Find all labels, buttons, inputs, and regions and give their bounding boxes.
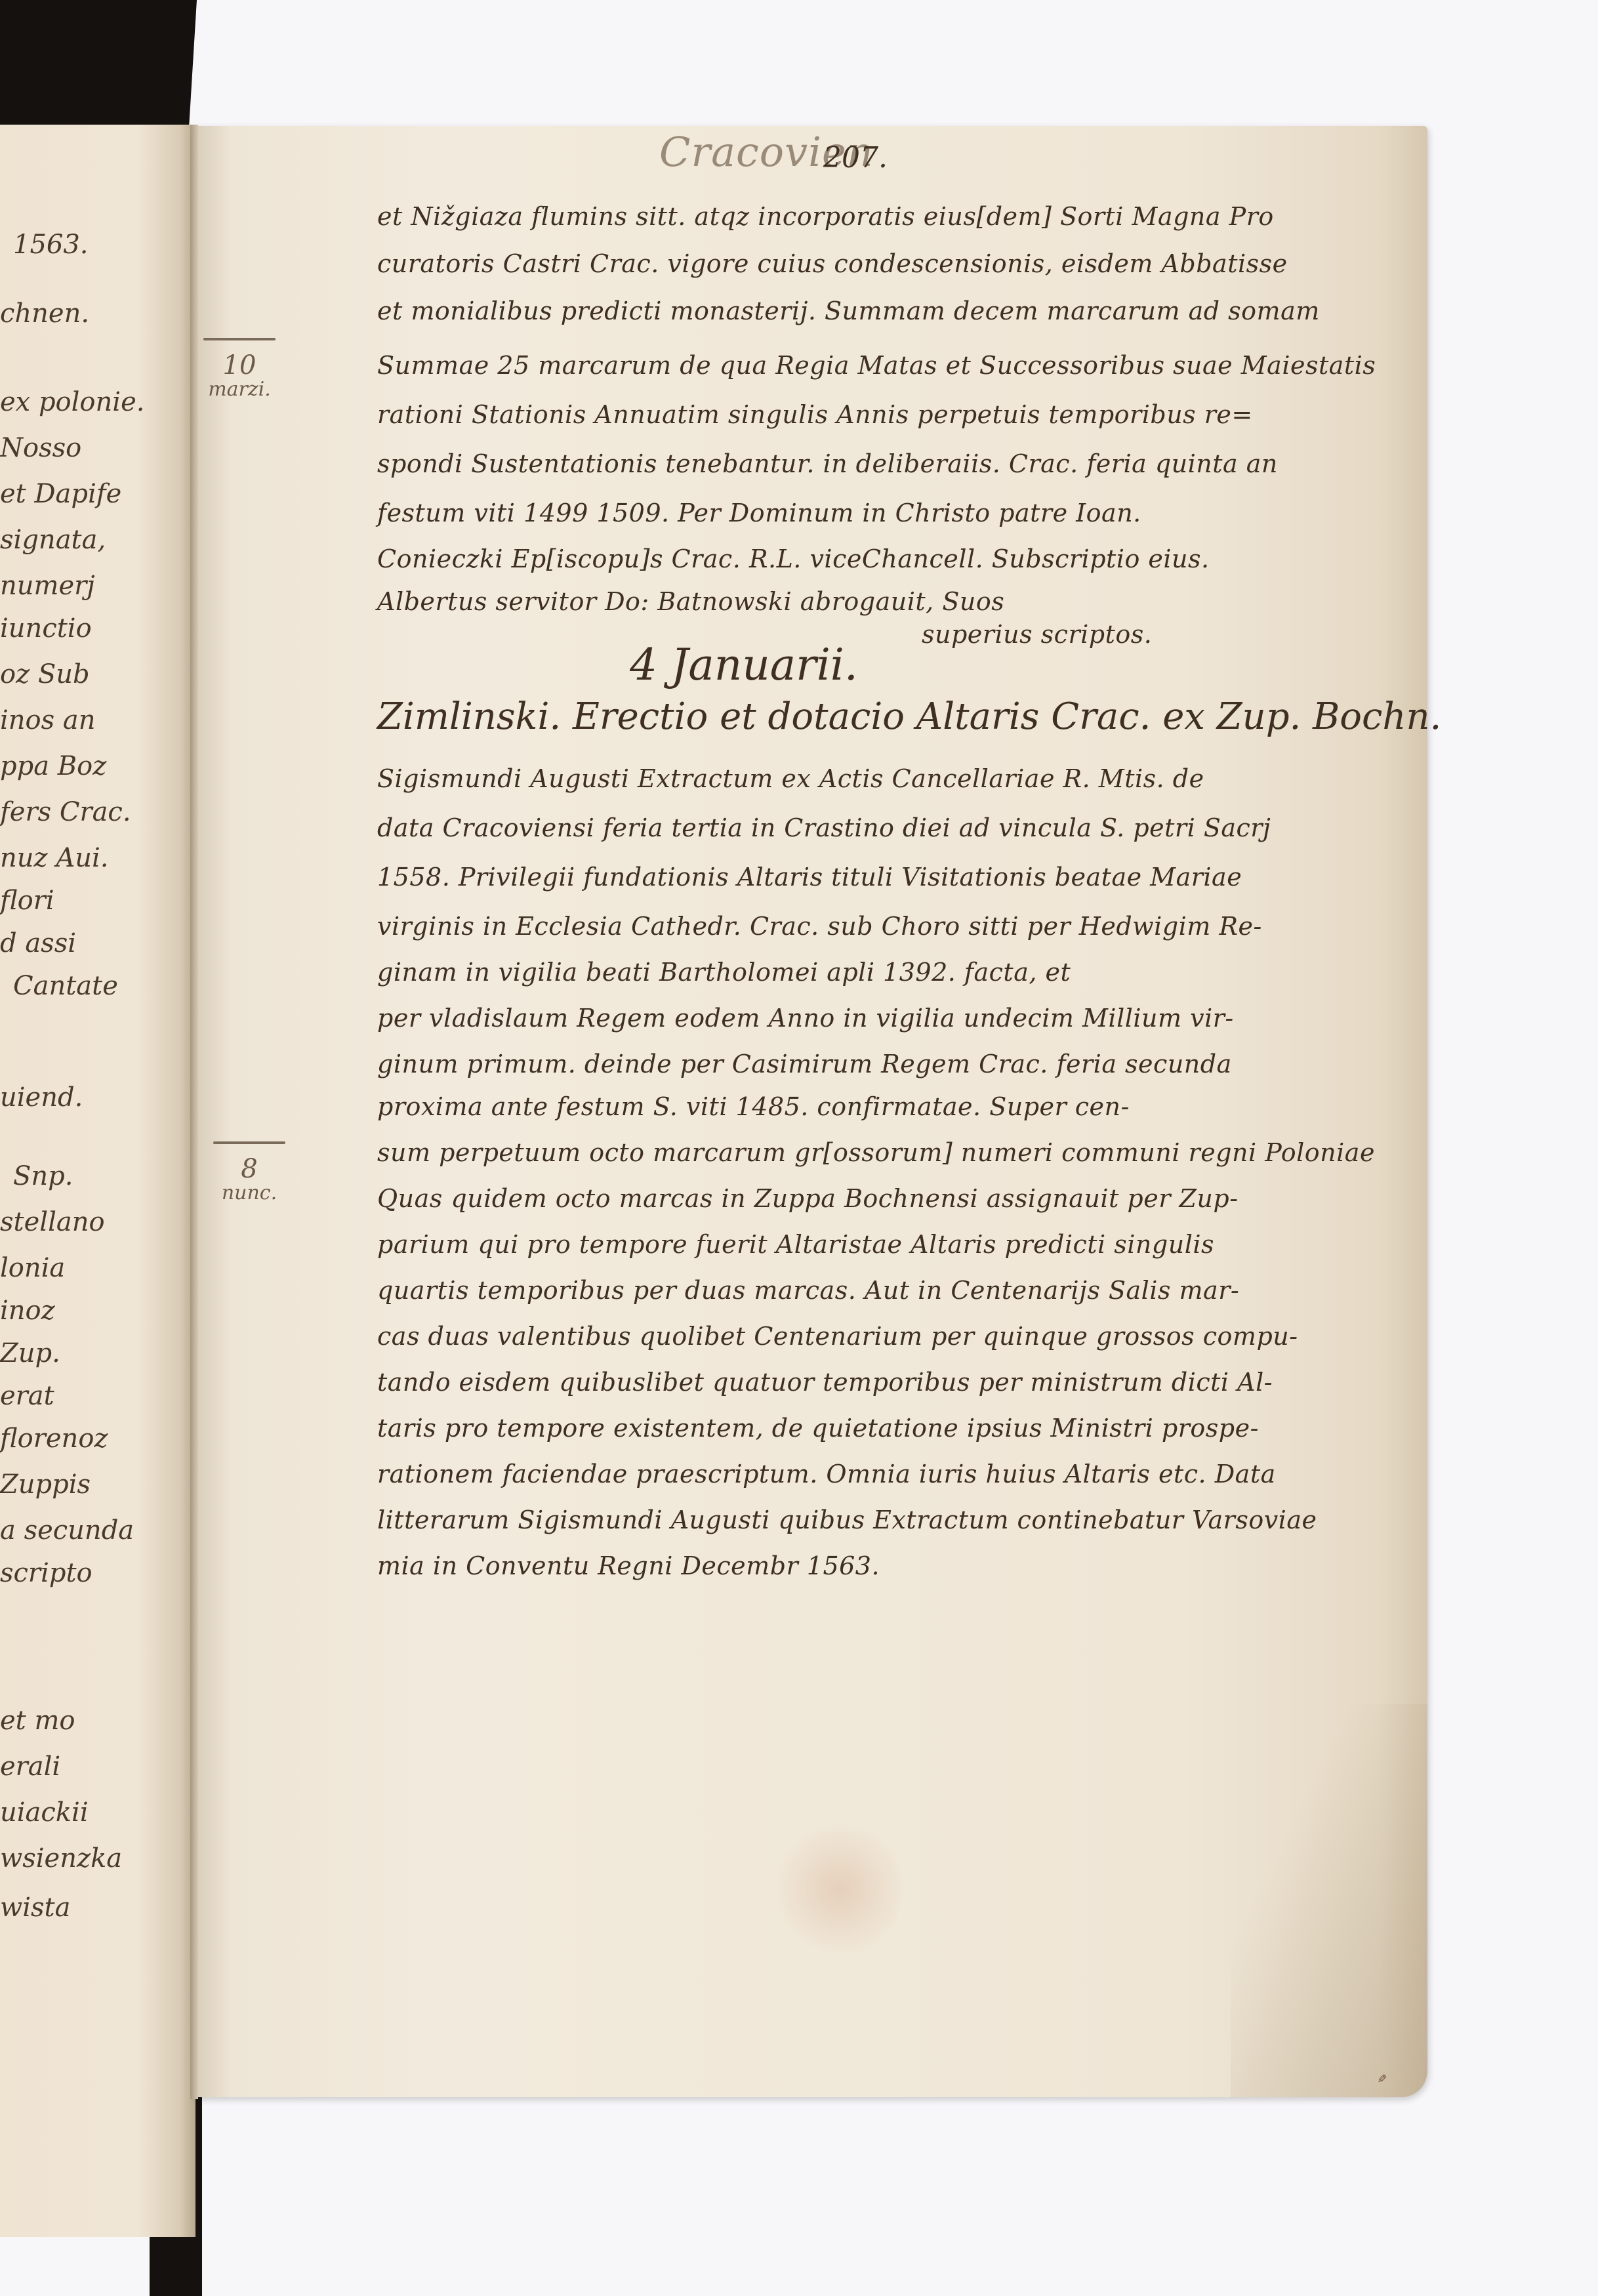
book-gutter <box>190 125 198 2099</box>
left-page-line: ex polonie. <box>0 387 144 417</box>
left-page-line: inoz <box>0 1296 55 1326</box>
corner-pencil-mark: ✎ <box>1374 2074 1388 2083</box>
text-line: cas duas valentibus quolibet Centenarium… <box>377 1322 1298 1351</box>
text-line: et monialibus predicti monasterij. Summa… <box>377 297 1320 325</box>
text-line: spondi Sustentationis tenebantur. in del… <box>377 449 1278 478</box>
margin-note-number: 8 <box>213 1156 285 1182</box>
margin-note-word: nunc. <box>213 1182 285 1204</box>
left-page-line: et mo <box>0 1706 75 1736</box>
text-line: tando eisdem quibuslibet quatuor tempori… <box>377 1368 1273 1397</box>
text-line: parium qui pro tempore fuerit Altaristae… <box>377 1230 1214 1259</box>
left-page-line: flori <box>0 886 54 916</box>
left-page-line: scripto <box>0 1558 92 1588</box>
left-page-line: erat <box>0 1381 54 1411</box>
binding-strap-top <box>0 0 197 128</box>
text-line: curatoris Castri Crac. vigore cuius cond… <box>377 249 1288 278</box>
margin-note-march: 10 marzi. <box>203 338 276 401</box>
left-page-line: Zuppis <box>0 1469 91 1500</box>
left-page-line: chnen. <box>0 298 89 329</box>
text-line: ginum primum. deinde per Casimirum Regem… <box>377 1050 1232 1078</box>
left-page-line: Nosso <box>0 433 81 463</box>
text-line: 1558. Privilegii fundationis Altaris tit… <box>377 863 1242 892</box>
left-page-line: uiackii <box>0 1797 89 1828</box>
text-line: taris pro tempore existentem, de quietat… <box>377 1414 1259 1443</box>
left-page-line: wista <box>0 1893 70 1923</box>
left-page-line: lonia <box>0 1253 65 1283</box>
text-line: Summae 25 marcarum de qua Regia Matas et… <box>377 351 1376 380</box>
left-page-line: erali <box>0 1752 60 1782</box>
left-page-line: Snp. <box>13 1161 73 1191</box>
left-page-line: iunctio <box>0 613 92 644</box>
text-line: data Cracoviensi feria tertia in Crastin… <box>377 813 1271 842</box>
text-line: rationi Stationis Annuatim singulis Anni… <box>377 400 1253 429</box>
left-page-line: fers Crac. <box>0 797 131 827</box>
left-page-line: d assi <box>0 928 76 958</box>
margin-rule <box>203 338 276 340</box>
text-line: proxima ante festum S. viti 1485. confir… <box>377 1092 1130 1121</box>
margin-note-second: 8 nunc. <box>213 1141 285 1204</box>
left-page-line: oz Sub <box>0 659 90 689</box>
left-page-line: signata, <box>0 525 106 555</box>
left-page-line: numerj <box>0 571 95 601</box>
text-line: Sigismundi Augusti Extractum ex Actis Ca… <box>377 764 1204 793</box>
text-line: Conieczki Ep[iscopu]s Crac. R.L. viceCha… <box>377 544 1210 573</box>
text-line: mia in Conventu Regni Decembr 1563. <box>377 1551 880 1580</box>
text-line: et Nižgiaza flumins sitt. atqz incorpora… <box>377 202 1274 231</box>
folio-number: 207. <box>823 141 888 174</box>
text-line: rationem faciendae praescriptum. Omnia i… <box>377 1460 1276 1488</box>
text-line: Quas quidem octo marcas in Zuppa Bochnen… <box>377 1184 1239 1213</box>
text-line: litterarum Sigismundi Augusti quibus Ext… <box>377 1506 1317 1534</box>
foxing-stain <box>774 1824 905 1955</box>
text-line: quartis temporibus per duas marcas. Aut … <box>377 1276 1239 1305</box>
left-page-line: nuz Aui. <box>0 843 108 873</box>
left-page-line: ppa Boz <box>0 751 106 781</box>
left-page-line: inos an <box>0 705 96 735</box>
left-page-line: 1563. <box>13 230 89 260</box>
scan-background <box>0 2224 1598 2296</box>
margin-note-word: marzi. <box>203 379 276 401</box>
left-page-line: a secunda <box>0 1515 134 1546</box>
text-line: ginam in vigilia beati Bartholomei apli … <box>377 958 1071 987</box>
date-heading: 4 Januarii. <box>630 640 858 690</box>
margin-rule <box>213 1141 285 1144</box>
text-line: Albertus servitor Do: Batnowski abrogaui… <box>377 587 1004 616</box>
text-line: festum viti 1499 1509. Per Dominum in Ch… <box>377 499 1141 527</box>
left-page-line: wsienzka <box>0 1843 122 1874</box>
left-page-line: Zup. <box>0 1338 60 1368</box>
entry-title: Zimlinski. Erectio et dotacio Altaris Cr… <box>377 695 1441 738</box>
text-line: virginis in Ecclesia Cathedr. Crac. sub … <box>377 912 1262 941</box>
text-line: superius scriptos. <box>922 620 1152 649</box>
left-page-line: et Dapife <box>0 479 121 509</box>
text-line: sum perpetuum octo marcarum gr[ossorum] … <box>377 1138 1375 1167</box>
left-page-line: stellano <box>0 1207 105 1237</box>
margin-note-number: 10 <box>203 352 276 379</box>
text-line: per vladislaum Regem eodem Anno in vigil… <box>377 1004 1234 1033</box>
left-page: 1563.chnen.ex polonie.Nossoet Dapifesign… <box>0 125 195 2237</box>
left-page-line: Cantate <box>13 971 118 1001</box>
left-page-line: florenoz <box>0 1424 108 1454</box>
left-page-line: uiend. <box>0 1082 83 1113</box>
